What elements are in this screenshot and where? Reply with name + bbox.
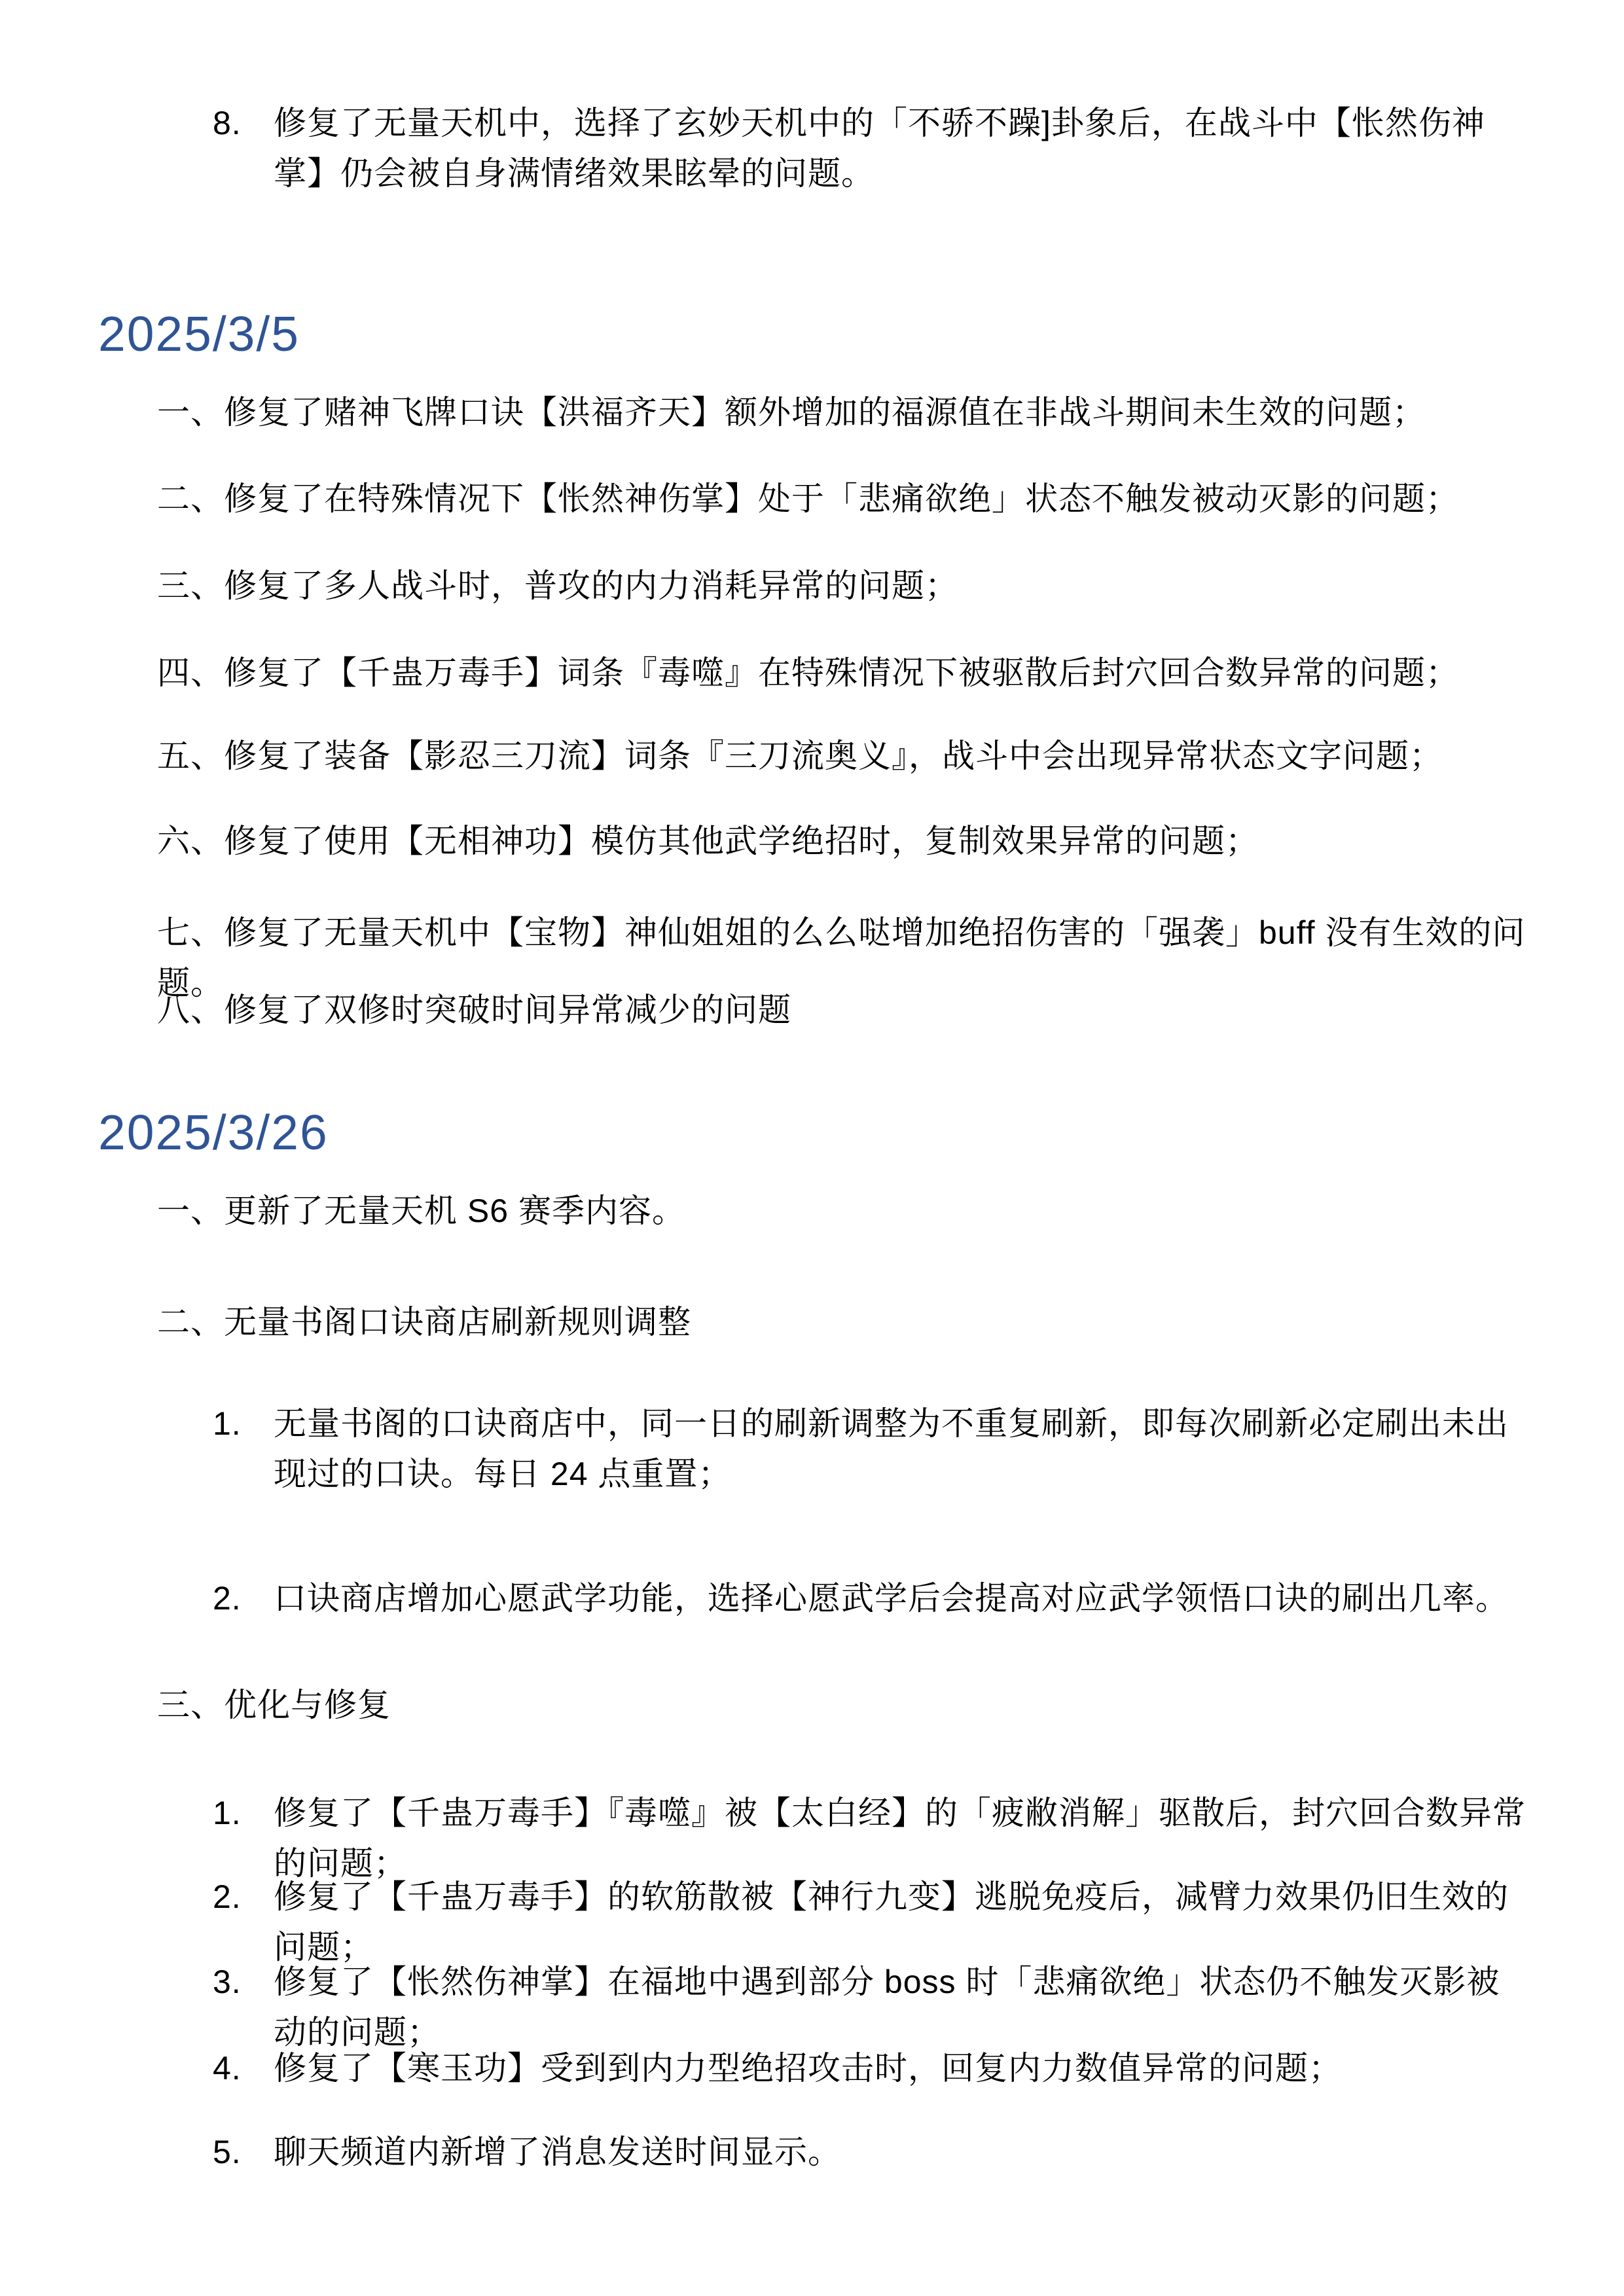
cn-list-item: 三、修复了多人战斗时，普攻的内力消耗异常的问题； [157,561,1526,611]
cn-list-item-text: 修复了多人战斗时，普攻的内力消耗异常的问题； [224,567,958,604]
sub-list-item-text: 修复了【寒玉功】受到到内力型绝招攻击时，回复内力数值异常的问题； [274,2043,1526,2094]
section-date-heading: 2025/3/5 [98,304,1526,363]
sub-list-item: 1. 无量书阁的口诀商店中，同一日的刷新调整为不重复刷新，即每次刷新必定刷出未出… [213,1399,1526,1499]
cn-list-item: 二、无量书阁口诀商店刷新规则调整 [157,1297,1526,1348]
cn-list-item-label: 六、 [157,823,224,859]
section-date-heading: 2025/3/26 [98,1103,1526,1162]
sub-list-item-number: 3. [213,1957,274,2058]
cn-list-item-label: 二、 [157,1304,224,1340]
cn-list-item-text: 修复了在特殊情况下【怅然神伤掌】处于「悲痛欲绝」状态不触发被动灭影的问题； [224,480,1459,517]
cn-list-item: 四、修复了【千蛊万毒手】词条『毒噬』在特殊情况下被驱散后封穴回合数异常的问题； [157,648,1526,698]
cn-list-item-label: 三、 [157,1687,224,1723]
sub-list-item-number: 2. [213,1573,274,1624]
sub-list-item: 3. 修复了【怅然伤神掌】在福地中遇到部分 boss 时「悲痛欲绝」状态仍不触发… [213,1957,1526,2058]
cn-list-item: 一、更新了无量天机 S6 赛季内容。 [157,1186,1526,1236]
cn-list-item-text: 修复了使用【无相神功】模仿其他武学绝招时，复制效果异常的问题； [224,823,1259,859]
cn-list-item-text: 修复了赌神飞牌口诀【洪福齐天】额外增加的福源值在非战斗期间未生效的问题； [224,394,1426,431]
sub-list-item-number: 5. [213,2127,274,2178]
sub-list-item: 4. 修复了【寒玉功】受到到内力型绝招攻击时，回复内力数值异常的问题； [213,2043,1526,2094]
cn-list-item: 六、修复了使用【无相神功】模仿其他武学绝招时，复制效果异常的问题； [157,816,1526,867]
cn-list-item-text: 修复了【千蛊万毒手】词条『毒噬』在特殊情况下被驱散后封穴回合数异常的问题； [224,655,1459,691]
cn-list-item: 一、修复了赌神飞牌口诀【洪福齐天】额外增加的福源值在非战斗期间未生效的问题； [157,387,1526,438]
cn-list-item: 二、修复了在特殊情况下【怅然神伤掌】处于「悲痛欲绝」状态不触发被动灭影的问题； [157,474,1526,524]
cn-list-item-label: 一、 [157,394,224,431]
sub-list-item-text: 修复了【怅然伤神掌】在福地中遇到部分 boss 时「悲痛欲绝」状态仍不触发灭影被… [274,1957,1526,2058]
sub-list-item-text: 口诀商店增加心愿武学功能，选择心愿武学后会提高对应武学领悟口诀的刷出几率。 [274,1573,1526,1624]
sub-list-item-number: 4. [213,2043,274,2094]
cn-list-item-text: 更新了无量天机 S6 赛季内容。 [224,1193,685,1229]
cn-list-item-label: 八、 [157,992,224,1028]
cn-list-item-label: 七、 [157,914,224,951]
cn-list-item-text: 修复了装备【影忍三刀流】词条『三刀流奥义』，战斗中会出现异常状态文字问题； [224,738,1443,774]
list-item: 8. 修复了无量天机中，选择了玄妙天机中的「不骄不躁]卦象后，在战斗中【怅然伤神… [213,98,1526,199]
cn-list-item-text: 修复了双修时突破时间异常减少的问题 [224,992,791,1028]
sub-list-item-text: 聊天频道内新增了消息发送时间显示。 [274,2127,1526,2178]
cn-list-item: 五、修复了装备【影忍三刀流】词条『三刀流奥义』，战斗中会出现异常状态文字问题； [157,731,1526,781]
cn-list-item-label: 一、 [157,1193,224,1229]
sub-list-item: 5. 聊天频道内新增了消息发送时间显示。 [213,2127,1526,2178]
cn-list-item: 八、修复了双修时突破时间异常减少的问题 [157,985,1526,1035]
cn-list-item: 三、优化与修复 [157,1680,1526,1731]
sub-list-item-text: 无量书阁的口诀商店中，同一日的刷新调整为不重复刷新，即每次刷新必定刷出未出现过的… [274,1399,1526,1499]
cn-list-item-label: 三、 [157,567,224,604]
cn-list-item-text: 无量书阁口诀商店刷新规则调整 [224,1304,691,1340]
list-item-text: 修复了无量天机中，选择了玄妙天机中的「不骄不躁]卦象后，在战斗中【怅然伤神掌】仍… [274,98,1526,199]
sub-list-item-number: 1. [213,1399,274,1499]
cn-list-item-label: 五、 [157,738,224,774]
sub-list-item: 2. 口诀商店增加心愿武学功能，选择心愿武学后会提高对应武学领悟口诀的刷出几率。 [213,1573,1526,1624]
cn-list-item-label: 二、 [157,480,224,517]
document-content: 8. 修复了无量天机中，选择了玄妙天机中的「不骄不躁]卦象后，在战斗中【怅然伤神… [0,0,1624,2296]
document-page: 8. 修复了无量天机中，选择了玄妙天机中的「不骄不躁]卦象后，在战斗中【怅然伤神… [0,0,1624,2296]
cn-list-item-text: 优化与修复 [224,1687,391,1723]
list-item-number: 8. [213,98,274,199]
cn-list-item-label: 四、 [157,655,224,691]
